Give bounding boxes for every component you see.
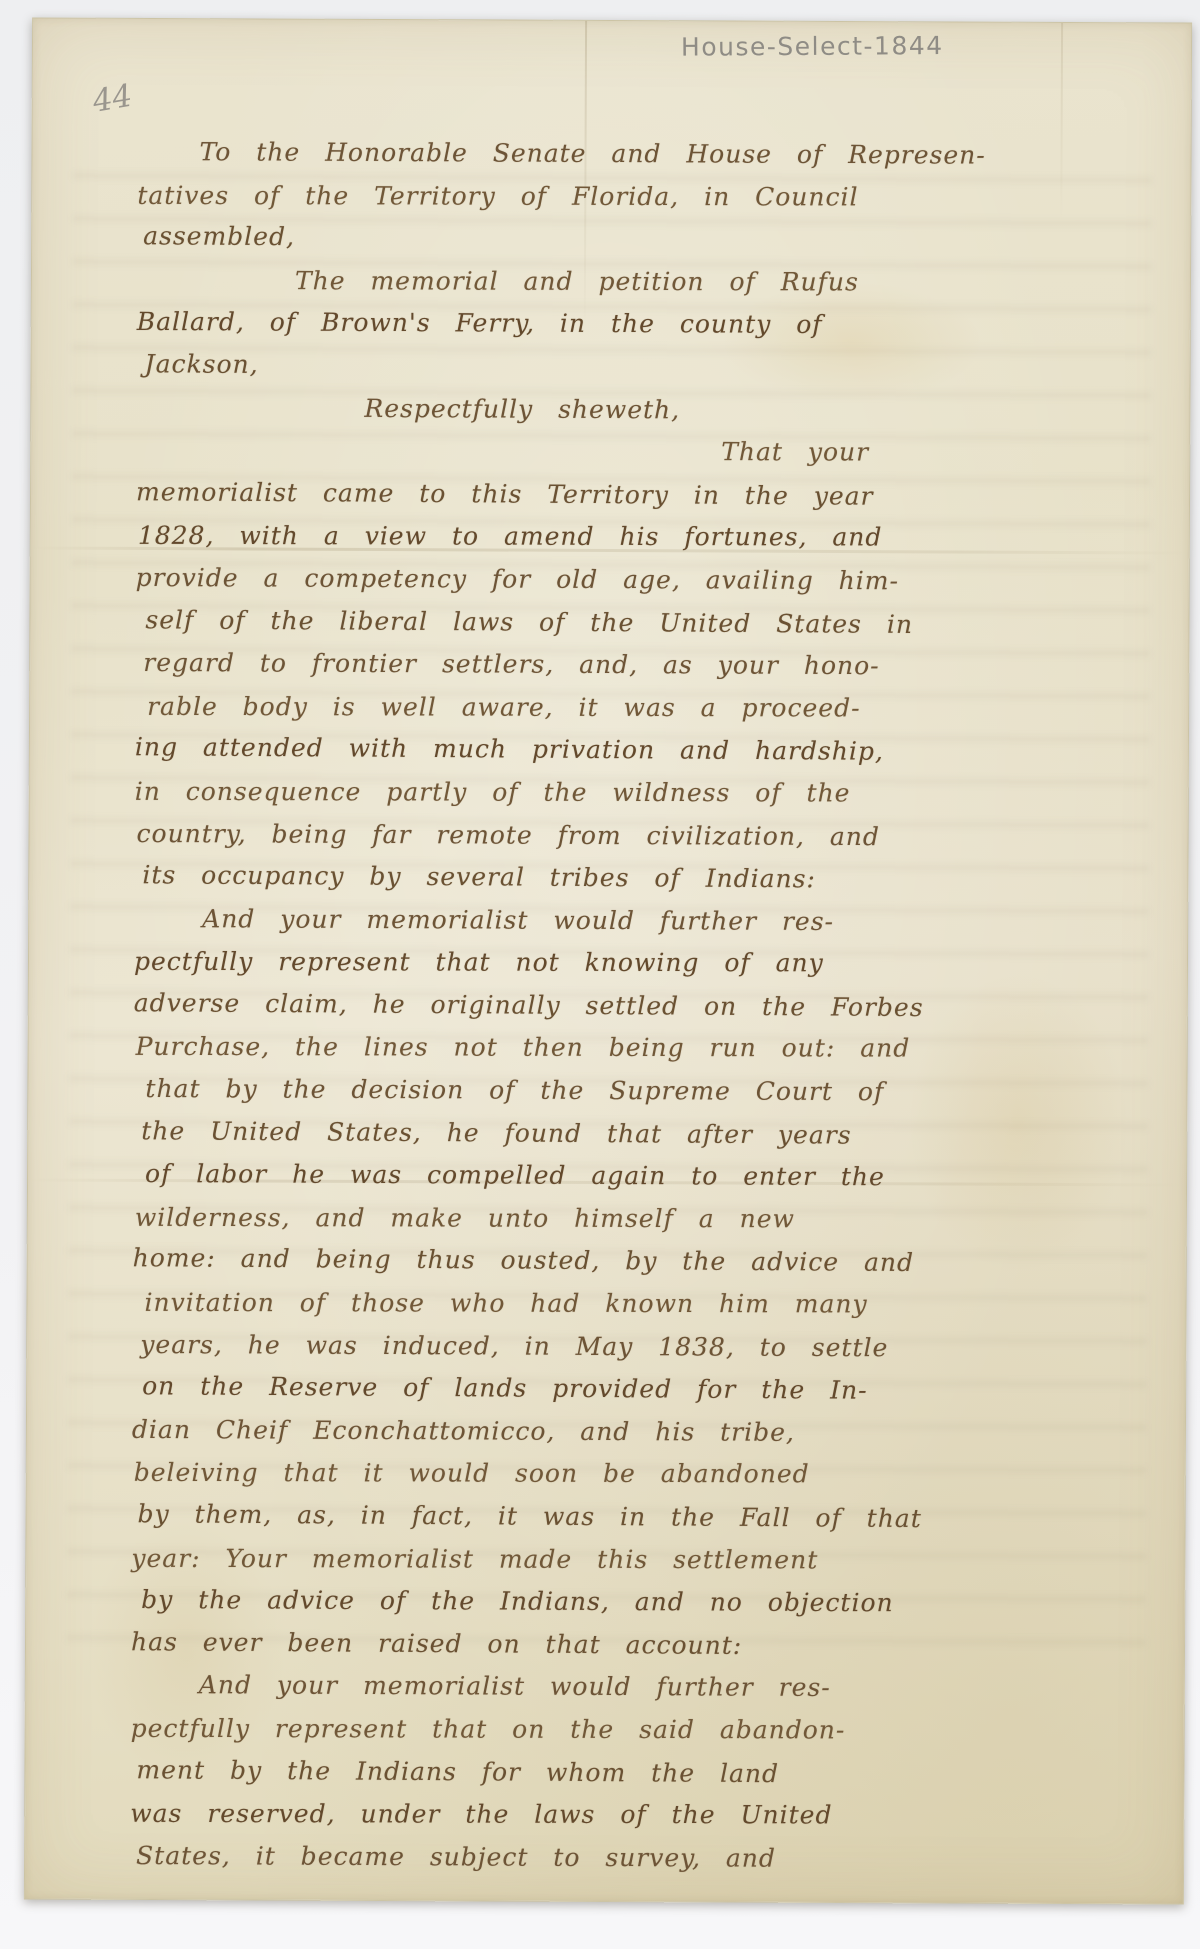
manuscript-paper: House-Select-1844 44 To the Honorable Se… bbox=[24, 17, 1192, 1904]
manuscript-line: dian Cheif Econchattomicco, and his trib… bbox=[132, 1409, 972, 1455]
manuscript-line: assembled, bbox=[137, 215, 977, 263]
manuscript-line: Ballard, of Brown's Ferry, in the county… bbox=[137, 301, 977, 347]
manuscript-line: That your bbox=[136, 430, 976, 474]
fold-crease-vertical bbox=[1060, 23, 1063, 223]
manuscript-line: Purchase, the lines not then being run o… bbox=[134, 1026, 974, 1070]
manuscript-line: was reserved, under the laws of the Unit… bbox=[130, 1793, 970, 1837]
manuscript-line: To the Honorable Senate and House of Rep… bbox=[137, 131, 977, 177]
manuscript-line: regard to frontier settlers, and, as you… bbox=[135, 642, 975, 688]
manuscript-line: country, being far remote from civilizat… bbox=[134, 812, 974, 858]
manuscript-line: ment by the Indians for whom the land bbox=[130, 1749, 970, 1797]
manuscript-line: pectfully represent that not knowing of … bbox=[134, 941, 974, 985]
manuscript-line: tatives of the Territory of Florida, in … bbox=[137, 174, 977, 218]
manuscript-line: Respectfully sheweth, bbox=[136, 386, 976, 432]
manuscript-line: invitation of those who had known him ma… bbox=[132, 1282, 972, 1326]
scanned-document-page: { "annotations": { "top_right": "House-S… bbox=[0, 0, 1200, 1949]
manuscript-line: Jackson, bbox=[136, 343, 976, 391]
manuscript-line: ing attended with much privation and har… bbox=[135, 727, 975, 775]
manuscript-line: self of the liberal laws of the United S… bbox=[135, 599, 975, 647]
manuscript-line: the United States, he found that after y… bbox=[133, 1110, 973, 1158]
manuscript-line: pectfully represent that on the said aba… bbox=[131, 1708, 971, 1752]
manuscript-line: of labor he was compelled again to enter… bbox=[133, 1153, 973, 1199]
manuscript-line: States, it became subject to survey, and bbox=[130, 1835, 970, 1881]
manuscript-line: in consequence partly of the wildness of… bbox=[135, 771, 975, 815]
manuscript-line: adverse claim, he originally settled on … bbox=[134, 982, 974, 1030]
manuscript-line: provide a competency for old age, availi… bbox=[136, 557, 976, 603]
manuscript-line: years, he was induced, in May 1838, to s… bbox=[132, 1324, 972, 1370]
manuscript-line: 1828, with a view to amend his fortunes,… bbox=[136, 515, 976, 559]
manuscript-line: year: Your memorialist made this settlem… bbox=[131, 1537, 971, 1581]
manuscript-line: by them, as, in fact, it was in the Fall… bbox=[131, 1493, 971, 1541]
manuscript-line: by the advice of the Indians, and no obj… bbox=[131, 1579, 971, 1625]
manuscript-line: that by the decision of the Supreme Cour… bbox=[133, 1068, 973, 1114]
archival-annotation: House-Select-1844 bbox=[681, 31, 944, 62]
manuscript-text: To the Honorable Senate and House of Rep… bbox=[130, 131, 978, 1881]
manuscript-line: on the Reserve of lands provided for the… bbox=[132, 1365, 972, 1413]
manuscript-line: memorialist came to this Territory in th… bbox=[136, 471, 976, 519]
manuscript-line: has ever been raised on that account: bbox=[131, 1621, 971, 1669]
manuscript-line: rable body is well aware, it was a proce… bbox=[135, 686, 975, 730]
manuscript-line: home: and being thus ousted, by the advi… bbox=[133, 1238, 973, 1286]
manuscript-line: wilderness, and make unto himself a new bbox=[133, 1197, 973, 1241]
manuscript-line: And your memorialist would further res- bbox=[131, 1664, 971, 1710]
manuscript-line: The memorial and petition of Rufus bbox=[137, 260, 977, 304]
page-number-annotation: 44 bbox=[90, 78, 135, 120]
manuscript-line: beleiving that it would soon be abandone… bbox=[132, 1452, 972, 1496]
manuscript-line: its occupancy by several tribes of India… bbox=[134, 854, 974, 902]
manuscript-line: And your memorialist would further res- bbox=[134, 898, 974, 944]
